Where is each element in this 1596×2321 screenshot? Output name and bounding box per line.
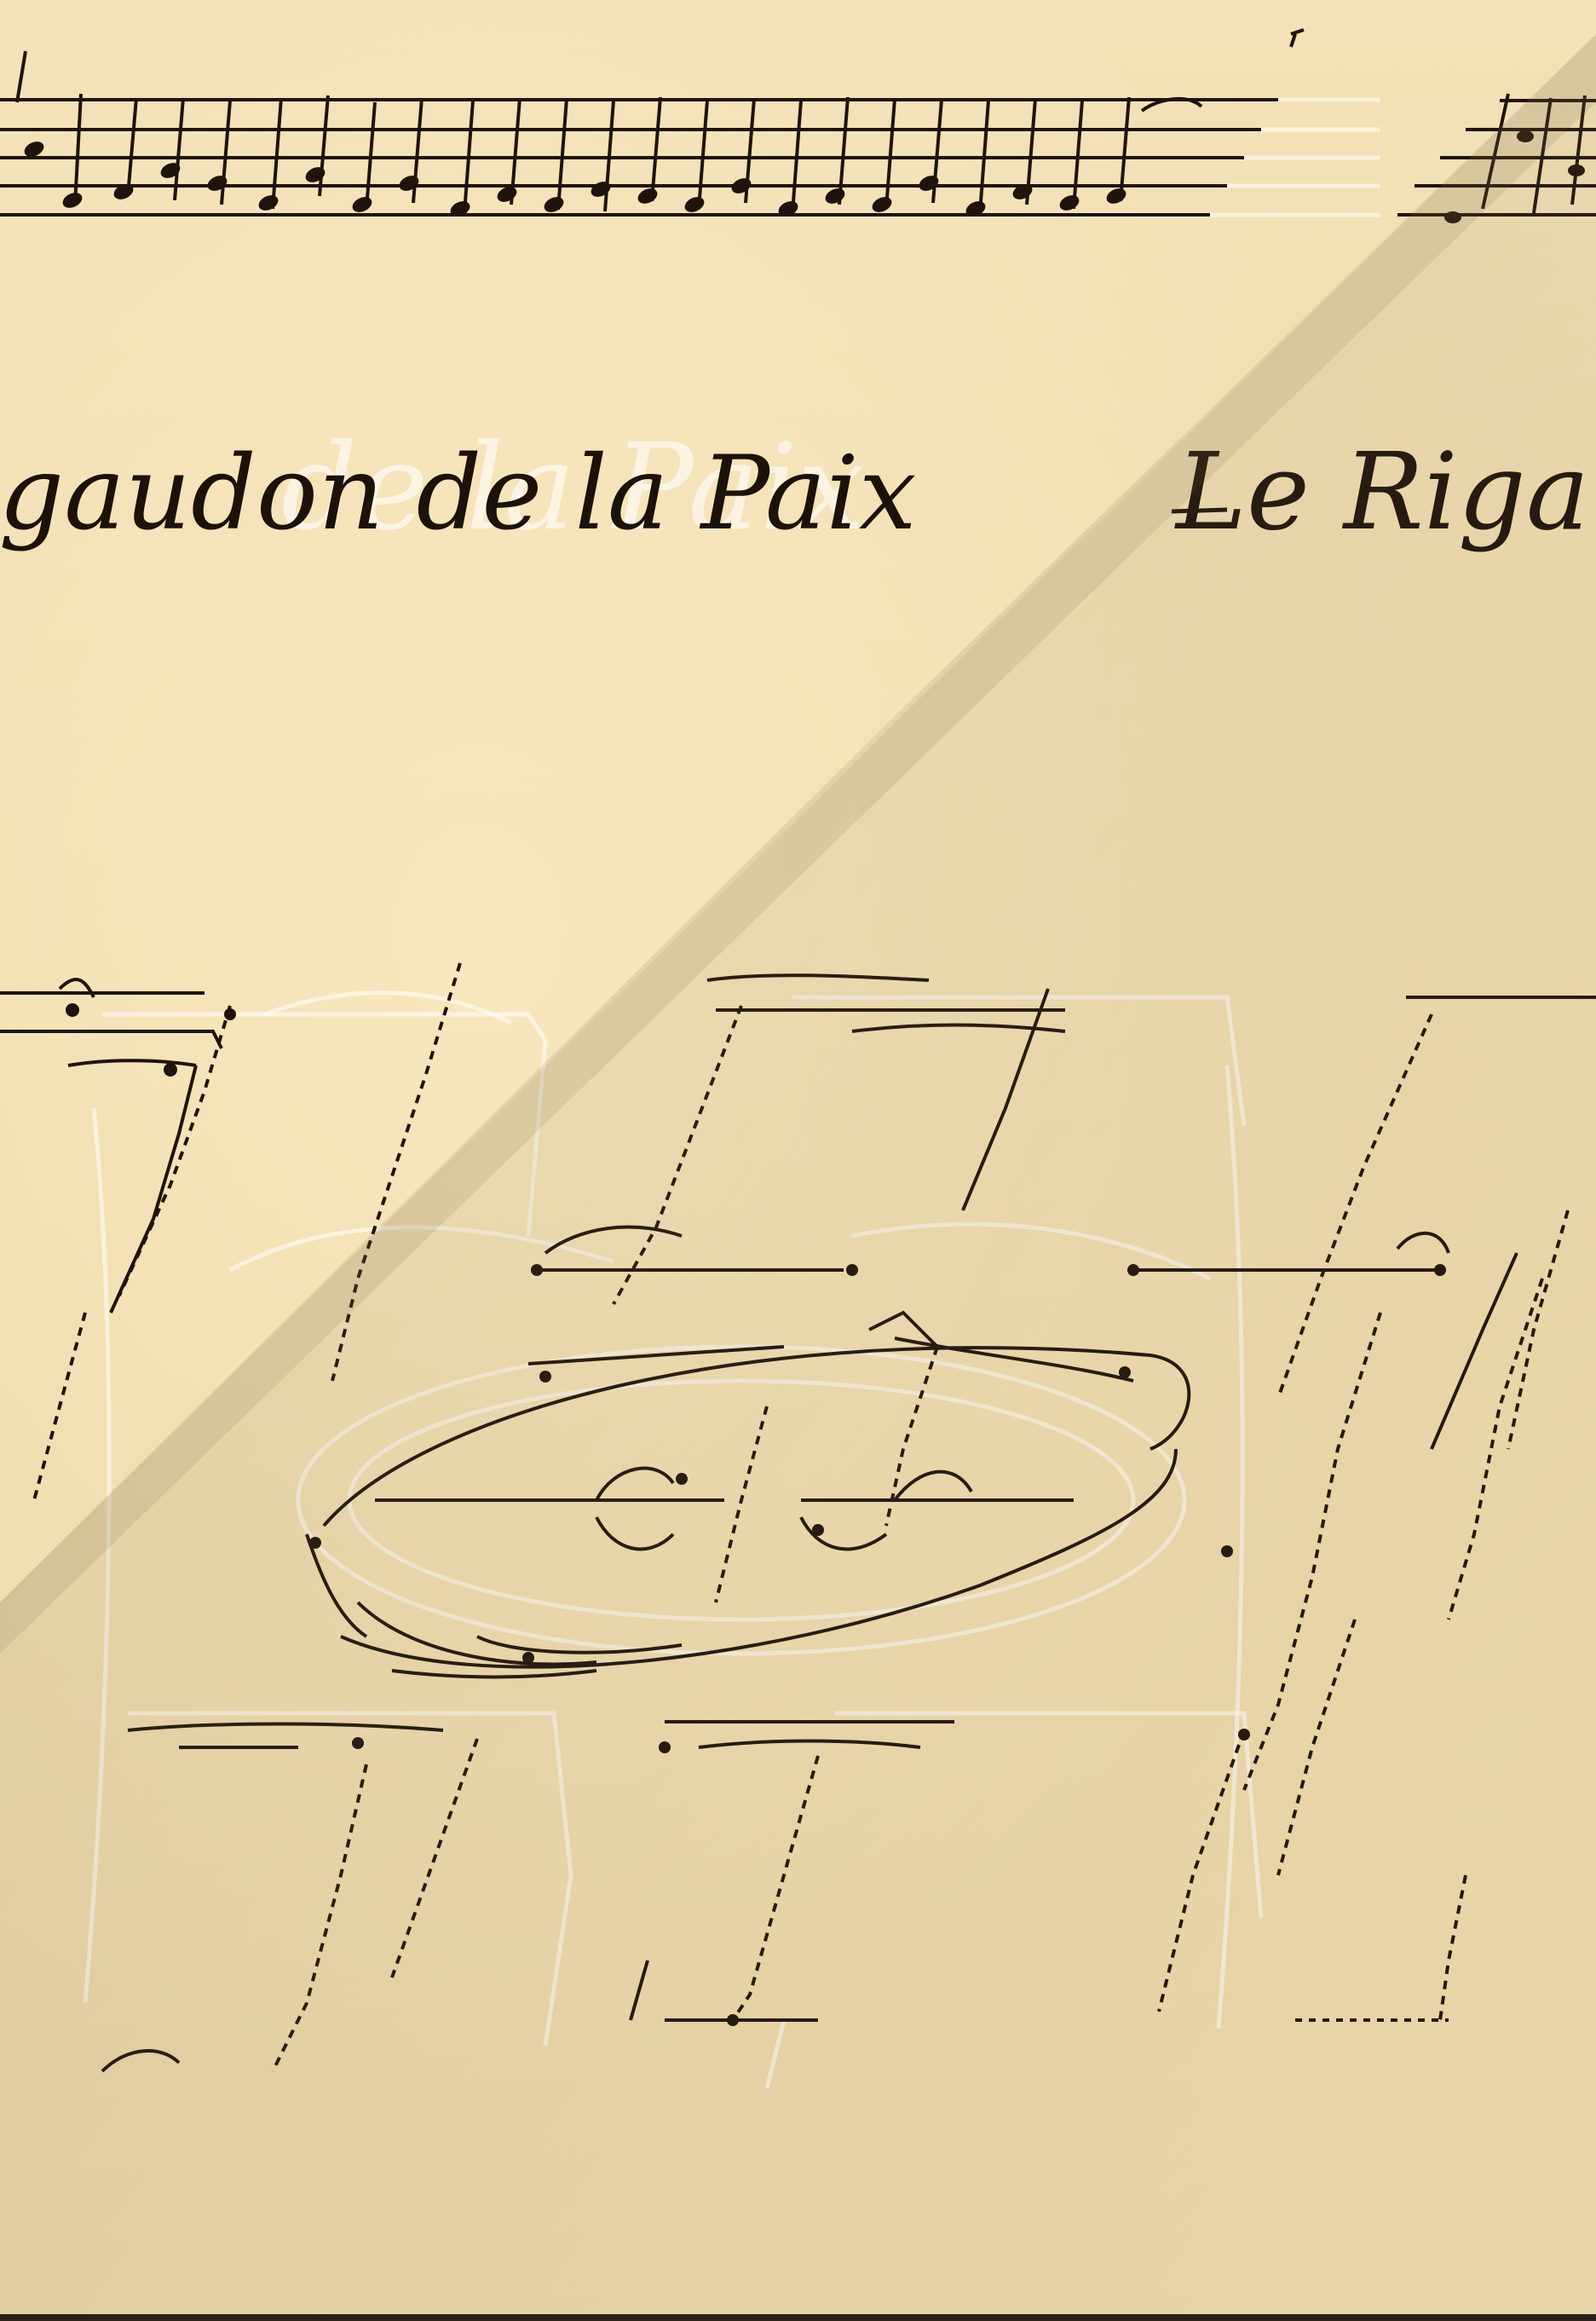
title-left: igaudon de la Paix [0,435,917,553]
ink-layer: igaudon de la Paix Le Rigau [0,0,1596,2321]
music-staff-left [0,30,1304,219]
scan-bottom-edge [0,2314,1596,2321]
step-symbols [66,1003,1446,2026]
music-staff-right [1397,94,1596,223]
title-right: Le Rigau [1174,430,1596,554]
dance-tracks [0,963,1596,2071]
